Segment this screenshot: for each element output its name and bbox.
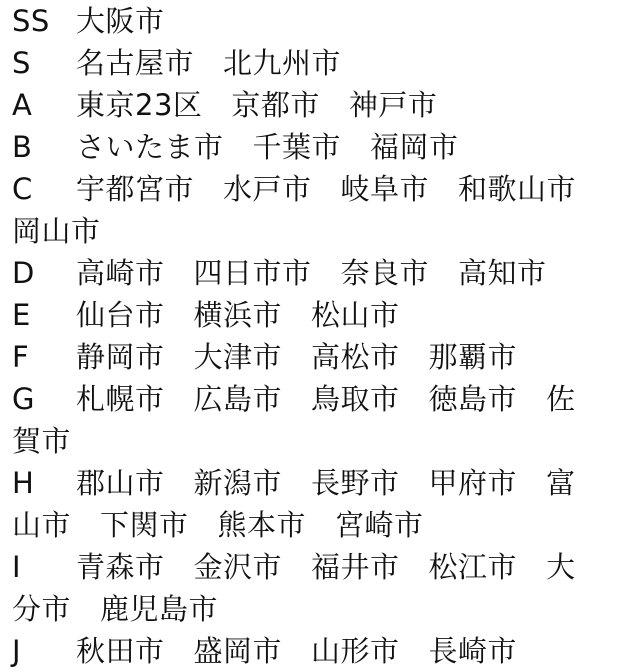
city-name: 宇都宮市: [76, 168, 194, 210]
city-name-fragment: 富: [546, 462, 576, 504]
tier-rank: H: [12, 462, 76, 504]
tier-row-h-continued: 山市下関市熊本市宮崎市: [12, 504, 453, 546]
tier-rank: B: [12, 126, 76, 168]
city-name: 松山市: [311, 294, 400, 336]
city-name: 山形市: [311, 630, 400, 672]
city-name-fragment: 佐: [546, 378, 576, 420]
city-name: 千葉市: [253, 126, 342, 168]
city-name: 松江市: [429, 546, 518, 588]
city-name: 福井市: [311, 546, 400, 588]
city-name: 静岡市: [76, 336, 165, 378]
city-name: 福岡市: [370, 126, 459, 168]
tier-row-b: Bさいたま市千葉市福岡市: [12, 126, 488, 168]
tier-row-s: S名古屋市北九州市: [12, 42, 370, 84]
city-name: 郡山市: [76, 462, 165, 504]
tier-row-a: A東京23区京都市神戸市: [12, 84, 466, 126]
tier-rank: S: [12, 42, 76, 84]
city-name: 長野市: [311, 462, 400, 504]
tier-row-i-continued: 分市鹿児島市: [12, 588, 247, 630]
city-name: 那覇市: [429, 336, 518, 378]
tier-row-h: H郡山市新潟市長野市甲府市富: [12, 462, 576, 504]
tier-rank: E: [12, 294, 76, 336]
city-name-fragment: 山市: [12, 504, 71, 546]
tier-row-g: G札幌市広島市鳥取市徳島市佐: [12, 378, 576, 420]
city-name: 大津市: [194, 336, 283, 378]
city-name: 秋田市: [76, 630, 165, 672]
city-name: 京都市: [231, 84, 320, 126]
tier-rank: G: [12, 378, 76, 420]
city-name: 大阪市: [76, 0, 165, 42]
tier-row-ss: SS大阪市: [12, 0, 194, 42]
city-name: 四日市市: [194, 252, 312, 294]
city-name: 仙台市: [76, 294, 165, 336]
city-name: 和歌山市: [458, 168, 576, 210]
city-name: 甲府市: [429, 462, 518, 504]
city-name: 高知市: [458, 252, 547, 294]
city-name: 青森市: [76, 546, 165, 588]
city-name: 横浜市: [194, 294, 283, 336]
tier-rank: D: [12, 252, 76, 294]
city-name: 岡山市: [12, 210, 101, 252]
tier-row-g-continued: 賀市: [12, 420, 100, 462]
city-tier-list: SS大阪市 S名古屋市北九州市 A東京23区京都市神戸市 Bさいたま市千葉市福岡…: [0, 0, 640, 672]
tier-rank: F: [12, 336, 76, 378]
tier-rank: C: [12, 168, 76, 210]
tier-rank: A: [12, 84, 76, 126]
city-name: 鹿児島市: [100, 588, 218, 630]
city-name: 徳島市: [429, 378, 518, 420]
city-name: 奈良市: [341, 252, 430, 294]
tier-row-d: D高崎市四日市市奈良市高知市: [12, 252, 576, 294]
city-name: 神戸市: [349, 84, 438, 126]
city-name: 宮崎市: [335, 504, 424, 546]
tier-rank: SS: [12, 0, 76, 42]
city-name: 下関市: [100, 504, 189, 546]
city-name: さいたま市: [76, 126, 224, 168]
city-name-fragment: 大: [546, 546, 576, 588]
city-name: 長崎市: [429, 630, 518, 672]
city-name: 名古屋市: [76, 42, 194, 84]
city-name: 金沢市: [194, 546, 283, 588]
city-name: 新潟市: [194, 462, 283, 504]
city-name: 東京23区: [76, 84, 202, 126]
tier-rank: J: [12, 630, 76, 672]
city-name: 高松市: [311, 336, 400, 378]
city-name: 岐阜市: [341, 168, 430, 210]
city-name: 高崎市: [76, 252, 165, 294]
tier-row-f: F静岡市大津市高松市那覇市: [12, 336, 546, 378]
tier-rank: I: [12, 546, 76, 588]
city-name: 鳥取市: [311, 378, 400, 420]
tier-row-c-continued: 岡山市: [12, 210, 130, 252]
city-name-fragment: 賀市: [12, 420, 71, 462]
tier-row-i: I青森市金沢市福井市松江市大: [12, 546, 576, 588]
tier-row-j: J秋田市盛岡市山形市長崎市: [12, 630, 546, 672]
city-name: 広島市: [194, 378, 283, 420]
city-name: 北九州市: [223, 42, 341, 84]
city-name: 熊本市: [218, 504, 307, 546]
tier-row-e: E仙台市横浜市松山市: [12, 294, 429, 336]
city-name-fragment: 分市: [12, 588, 71, 630]
city-name: 盛岡市: [194, 630, 283, 672]
city-name: 水戸市: [223, 168, 312, 210]
city-name: 札幌市: [76, 378, 165, 420]
tier-row-c: C宇都宮市水戸市岐阜市和歌山市: [12, 168, 576, 210]
